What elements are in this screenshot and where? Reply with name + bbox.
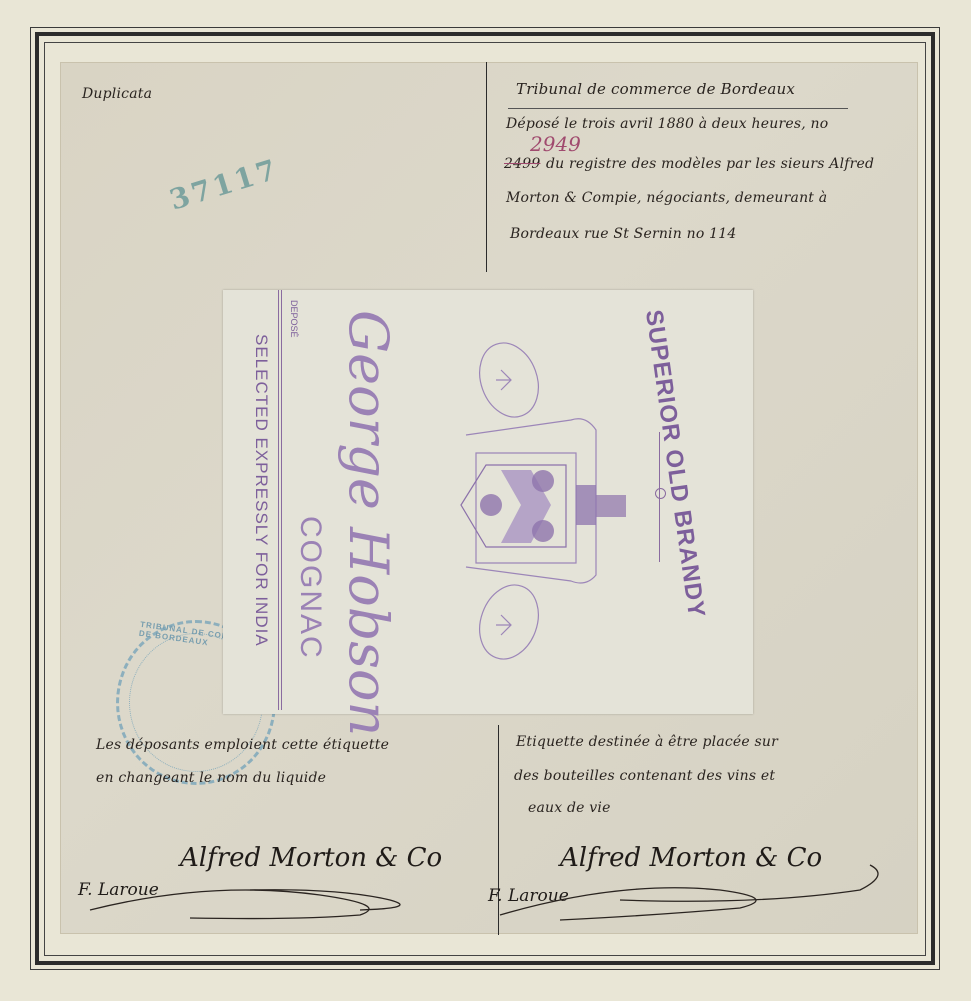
note-right-line-2: des bouteilles contenant des vins et (514, 768, 775, 784)
deposit-line-3: Morton & Compie, négociants, demeurant à (506, 190, 827, 206)
signature-flourishes (60, 860, 918, 940)
arched-title: SUPERIOR OLD BRANDY (223, 290, 753, 714)
note-right-line-1: Etiquette destinée à être placée sur (516, 734, 778, 750)
top-column-divider (486, 62, 487, 272)
note-left-line-2: en changeant le nom du liquide (96, 770, 326, 786)
heading-underline (508, 108, 848, 109)
deposit-line-2: du registre des modèles par les sieurs A… (546, 156, 874, 172)
deposit-line-4: Bordeaux rue St Sernin no 114 (510, 226, 736, 242)
note-left-line-1: Les déposants emploient cette étiquette (96, 737, 389, 753)
register-number-correction: 2949 (530, 132, 581, 156)
note-right-line-3: eaux de vie (528, 800, 611, 816)
deposit-line-1: Déposé le trois avril 1880 à deux heures… (506, 116, 828, 132)
register-number-original: 2499 (504, 156, 540, 172)
court-heading: Tribunal de commerce de Bordeaux (516, 80, 795, 98)
duplicate-note: Duplicata (82, 86, 152, 102)
brandy-label: DEPOSÉ SELECTED EXPRESSLY FOR INDIA COGN… (223, 290, 753, 714)
arched-title-text: SUPERIOR OLD BRANDY (639, 308, 710, 620)
ornament-dots (655, 488, 666, 499)
